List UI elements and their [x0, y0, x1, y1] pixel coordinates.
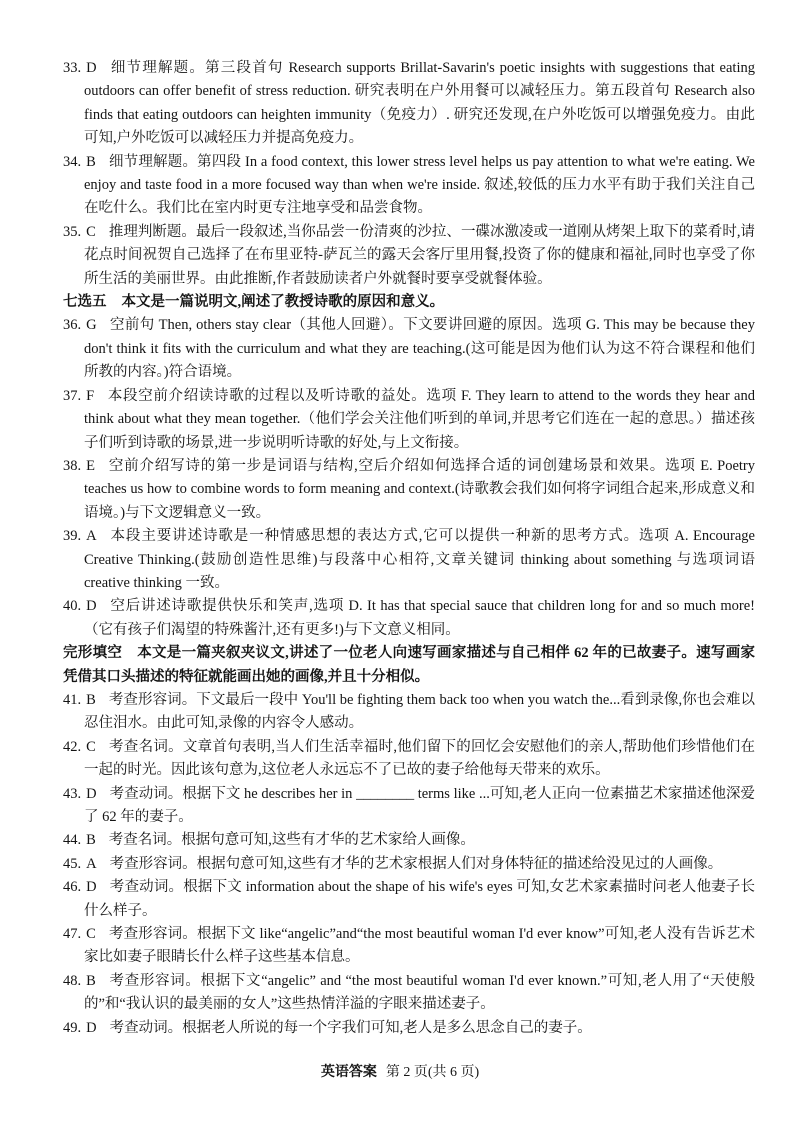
- explanation-text: 空前介绍写诗的第一步是词语与结构,空后介绍如何选择合适的词创建场景和效果。选项 …: [84, 458, 755, 521]
- answer-letter: B: [86, 154, 96, 170]
- answer-item-46: 46.D考查动词。根据下文 information about the shap…: [63, 876, 755, 923]
- section-header-qixuanwu: 七选五本文是一篇说明文,阐述了教授诗歌的原因和意义。: [63, 291, 755, 314]
- answer-item-49: 49.D考查动词。根据老人所说的每一个字我们可知,老人是多么思念自己的妻子。: [63, 1017, 755, 1040]
- answer-key-page: 33.D细节理解题。第三段首句 Research supports Brilla…: [0, 0, 800, 1122]
- explanation-text: 考查形容词。根据下文“angelic” and “the most beauti…: [84, 973, 755, 1012]
- answer-item-43: 43.D考查动词。根据下文 he describes her in ______…: [63, 783, 755, 830]
- explanation-text: 考查形容词。下文最后一段中 You'll be fighting them ba…: [84, 692, 755, 731]
- explanation-text: 空后讲述诗歌提供快乐和笑声,选项 D. It has that special …: [84, 598, 755, 637]
- explanation-text: 推理判断题。最后一段叙述,当你品尝一份清爽的沙拉、一碟冰激凌或一道刚从烤架上取下…: [84, 224, 755, 287]
- explanation-text: 细节理解题。第四段 In a food context, this lower …: [84, 154, 755, 217]
- explanation-text: 考查动词。根据下文 he describes her in ________ t…: [84, 786, 755, 825]
- explanation-text: 考查名词。根据句意可知,这些有才华的艺术家给人画像。: [109, 832, 475, 848]
- explanation-text: 空前句 Then, others stay clear（其他人回避）。下文要讲回…: [84, 317, 755, 380]
- explanation-text: 本段主要讲述诗歌是一种情感思想的表达方式,它可以提供一种新的思考方式。选项 A.…: [84, 528, 755, 591]
- question-number: 35.: [63, 224, 81, 240]
- section-label: 完形填空: [63, 645, 122, 661]
- answer-item-34: 34.B细节理解题。第四段 In a food context, this lo…: [63, 151, 755, 221]
- answer-item-35: 35.C推理判断题。最后一段叙述,当你品尝一份清爽的沙拉、一碟冰激凌或一道刚从烤…: [63, 221, 755, 291]
- answer-item-47: 47.C考查形容词。根据下文 like“angelic”and“the most…: [63, 923, 755, 970]
- answer-letter: B: [86, 832, 96, 848]
- explanation-text: 考查动词。根据下文 information about the shape of…: [84, 879, 755, 918]
- question-number: 48.: [63, 973, 81, 989]
- question-number: 40.: [63, 598, 81, 614]
- answer-item-42: 42.C考查名词。文章首句表明,当人们生活幸福时,他们留下的回忆会安慰他们的亲人…: [63, 736, 755, 783]
- question-number: 49.: [63, 1020, 81, 1036]
- answer-letter: A: [86, 856, 96, 872]
- question-number: 44.: [63, 832, 81, 848]
- answer-letter: B: [86, 973, 96, 989]
- answer-letter: G: [86, 317, 96, 333]
- question-number: 39.: [63, 528, 81, 544]
- answer-item-48: 48.B考查形容词。根据下文“angelic” and “the most be…: [63, 970, 755, 1017]
- answer-letter: D: [86, 879, 96, 895]
- answer-letter: D: [86, 60, 96, 76]
- answer-letter: C: [86, 224, 96, 240]
- explanation-text: 本段空前介绍读诗歌的过程以及听诗歌的益处。选项 F. They learn to…: [84, 388, 755, 451]
- question-number: 47.: [63, 926, 81, 942]
- answer-letter: D: [86, 598, 96, 614]
- answer-item-40: 40.D空后讲述诗歌提供快乐和笑声,选项 D. It has that spec…: [63, 595, 755, 642]
- question-number: 42.: [63, 739, 81, 755]
- explanation-text: 细节理解题。第三段首句 Research supports Brillat-Sa…: [84, 60, 755, 146]
- answer-letter: C: [86, 739, 96, 755]
- answer-item-44: 44.B考查名词。根据句意可知,这些有才华的艺术家给人画像。: [63, 829, 755, 852]
- question-number: 43.: [63, 786, 81, 802]
- answer-item-37: 37.F本段空前介绍读诗歌的过程以及听诗歌的益处。选项 F. They lear…: [63, 385, 755, 455]
- answer-letter: F: [86, 388, 94, 404]
- answer-item-36: 36.G空前句 Then, others stay clear（其他人回避）。下…: [63, 314, 755, 384]
- question-number: 37.: [63, 388, 81, 404]
- answer-letter: D: [86, 1020, 96, 1036]
- footer-page-number: 第 2 页(共 6 页): [386, 1065, 479, 1080]
- answer-letter: A: [86, 528, 96, 544]
- explanation-text: 考查形容词。根据下文 like“angelic”and“the most bea…: [84, 926, 755, 965]
- answer-item-33: 33.D细节理解题。第三段首句 Research supports Brilla…: [63, 57, 755, 151]
- question-number: 41.: [63, 692, 81, 708]
- answer-item-38: 38.E空前介绍写诗的第一步是词语与结构,空后介绍如何选择合适的词创建场景和效果…: [63, 455, 755, 525]
- answer-item-45: 45.A考查形容词。根据句意可知,这些有才华的艺术家根据人们对身体特征的描述给没…: [63, 853, 755, 876]
- question-number: 45.: [63, 856, 81, 872]
- answer-letter: C: [86, 926, 96, 942]
- answer-item-41: 41.B考查形容词。下文最后一段中 You'll be fighting the…: [63, 689, 755, 736]
- answer-letter: E: [86, 458, 95, 474]
- answer-letter: D: [86, 786, 96, 802]
- explanation-text: 考查形容词。根据句意可知,这些有才华的艺术家根据人们对身体特征的描述给没见过的人…: [110, 856, 723, 872]
- question-number: 34.: [63, 154, 81, 170]
- section-header-wanxingtiankong: 完形填空本文是一篇夹叙夹议文,讲述了一位老人向速写画家描述与自己相伴 62 年的…: [63, 642, 755, 689]
- question-number: 46.: [63, 879, 81, 895]
- explanation-text: 考查动词。根据老人所说的每一个字我们可知,老人是多么思念自己的妻子。: [110, 1020, 592, 1036]
- question-number: 38.: [63, 458, 81, 474]
- section-summary: 本文是一篇说明文,阐述了教授诗歌的原因和意义。: [122, 294, 445, 310]
- explanation-text: 考查名词。文章首句表明,当人们生活幸福时,他们留下的回忆会安慰他们的亲人,帮助他…: [84, 739, 755, 778]
- section-label: 七选五: [63, 294, 107, 310]
- question-number: 33.: [63, 60, 81, 76]
- page-footer: 英语答案第 2 页(共 6 页): [0, 1061, 800, 1084]
- question-number: 36.: [63, 317, 81, 333]
- answer-letter: B: [86, 692, 96, 708]
- answer-item-39: 39.A本段主要讲述诗歌是一种情感思想的表达方式,它可以提供一种新的思考方式。选…: [63, 525, 755, 595]
- footer-doc-title: 英语答案: [321, 1065, 377, 1080]
- section-summary: 本文是一篇夹叙夹议文,讲述了一位老人向速写画家描述与自己相伴 62 年的已故妻子…: [63, 645, 755, 684]
